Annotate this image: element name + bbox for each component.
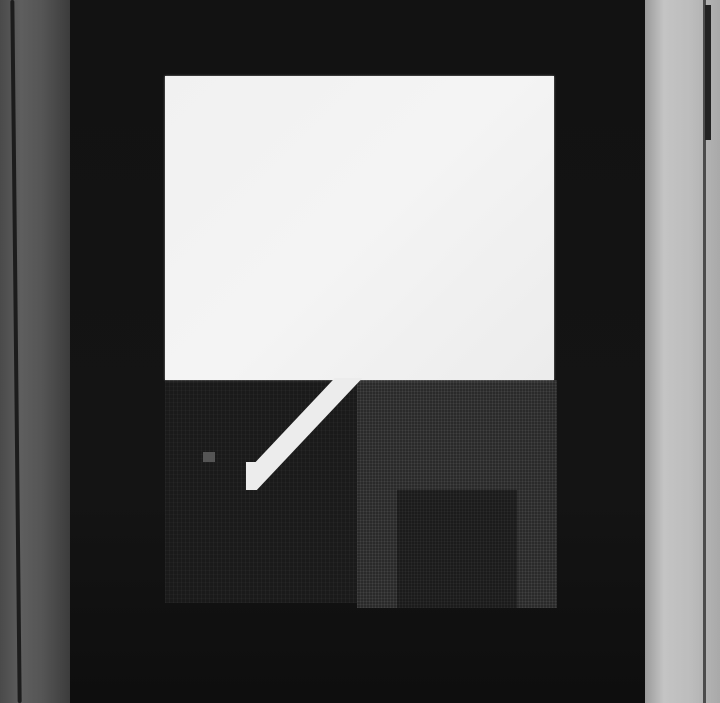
photograph — [0, 0, 720, 703]
right-mesh-pane — [357, 380, 557, 608]
left-wooden-board — [0, 0, 70, 703]
wood-crack — [10, 0, 21, 703]
right-wooden-board — [645, 0, 720, 703]
left-mesh-pane — [165, 378, 360, 603]
pane-shadow — [397, 490, 517, 608]
speech-bubble — [165, 76, 554, 380]
small-light-square — [203, 452, 215, 462]
wood-crack-dark — [705, 5, 711, 140]
